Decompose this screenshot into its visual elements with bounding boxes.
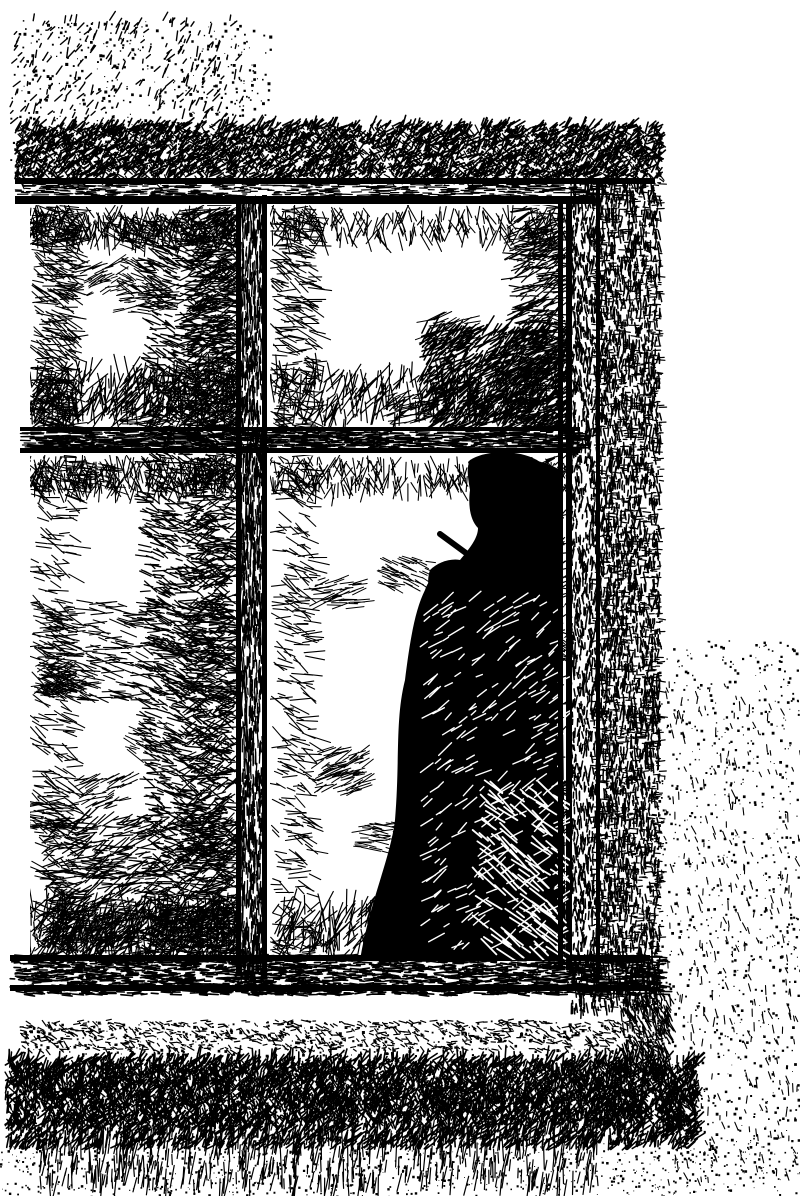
window-illustration [0, 0, 800, 1196]
